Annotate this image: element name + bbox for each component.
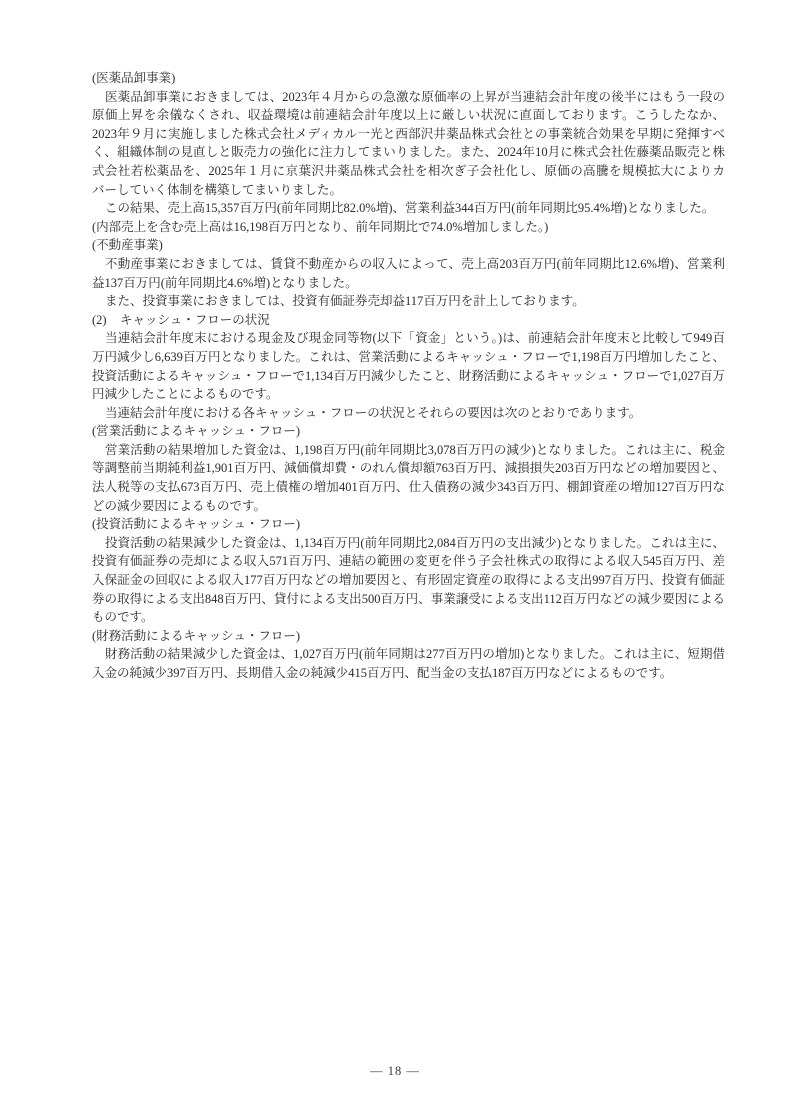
pharma-heading: (医薬品卸事業) (92, 69, 725, 88)
document-page: (医薬品卸事業) 医薬品卸事業におきましては、2023年４月からの急激な原価率の… (0, 0, 790, 1118)
page-footer: ― 18 ― (0, 1064, 790, 1079)
investing-cash-flow-heading: (投資活動によるキャッシュ・フロー) (92, 515, 725, 534)
document-body: (医薬品卸事業) 医薬品卸事業におきましては、2023年４月からの急激な原価率の… (92, 69, 725, 683)
investing-cash-flow-paragraph: 投資活動の結果減少した資金は、1,134百万円(前年同期比2,084百万円の支出… (92, 534, 725, 627)
operating-cash-flow-paragraph: 営業活動の結果増加した資金は、1,198百万円(前年同期比3,078百万円の減少… (92, 441, 725, 515)
real-estate-heading: (不動産事業) (92, 236, 725, 255)
cash-flow-title-label: キャッシュ・フローの状況 (120, 313, 270, 327)
pharma-paragraph: 医薬品卸事業におきましては、2023年４月からの急激な原価率の上昇が当連結会計年… (92, 88, 725, 200)
real-estate-paragraph: 不動産事業におきましては、賃貸不動産からの収入によって、売上高203百万円(前年… (92, 255, 725, 292)
section-investment: また、投資事業におきましては、投資有価証券売却益117百万円を計上しております。 (92, 292, 725, 311)
pharma-result-paragraph: この結果、売上高15,357百万円(前年同期比82.0%増)、営業利益344百万… (92, 199, 725, 218)
pharma-note-paragraph: (内部売上を含む売上高は16,198百万円となり、前年同期比で74.0%増加しま… (92, 218, 725, 237)
section-cash-flow: (2)キャッシュ・フローの状況 当連結会計年度末における現金及び現金同等物(以下… (92, 311, 725, 683)
section-real-estate: (不動産事業) 不動産事業におきましては、賃貸不動産からの収入によって、売上高2… (92, 236, 725, 292)
section-pharma-wholesale: (医薬品卸事業) 医薬品卸事業におきましては、2023年４月からの急激な原価率の… (92, 69, 725, 236)
financing-cash-flow-heading: (財務活動によるキャッシュ・フロー) (92, 627, 725, 646)
cash-flow-title: (2)キャッシュ・フローの状況 (92, 311, 725, 330)
investment-note-paragraph: また、投資事業におきましては、投資有価証券売却益117百万円を計上しております。 (92, 292, 725, 311)
cash-flow-item-number: (2) (92, 311, 120, 330)
cash-flow-summary-paragraph: 当連結会計年度末における現金及び現金同等物(以下「資金」という。)は、前連結会計… (92, 329, 725, 403)
cash-flow-lead-paragraph: 当連結会計年度における各キャッシュ・フローの状況とそれらの要因は次のとおりであり… (92, 404, 725, 423)
financing-cash-flow-paragraph: 財務活動の結果減少した資金は、1,027百万円(前年同期は277百万円の増加)と… (92, 645, 725, 682)
page-number: ― 18 ― (370, 1064, 420, 1078)
operating-cash-flow-heading: (営業活動によるキャッシュ・フロー) (92, 422, 725, 441)
